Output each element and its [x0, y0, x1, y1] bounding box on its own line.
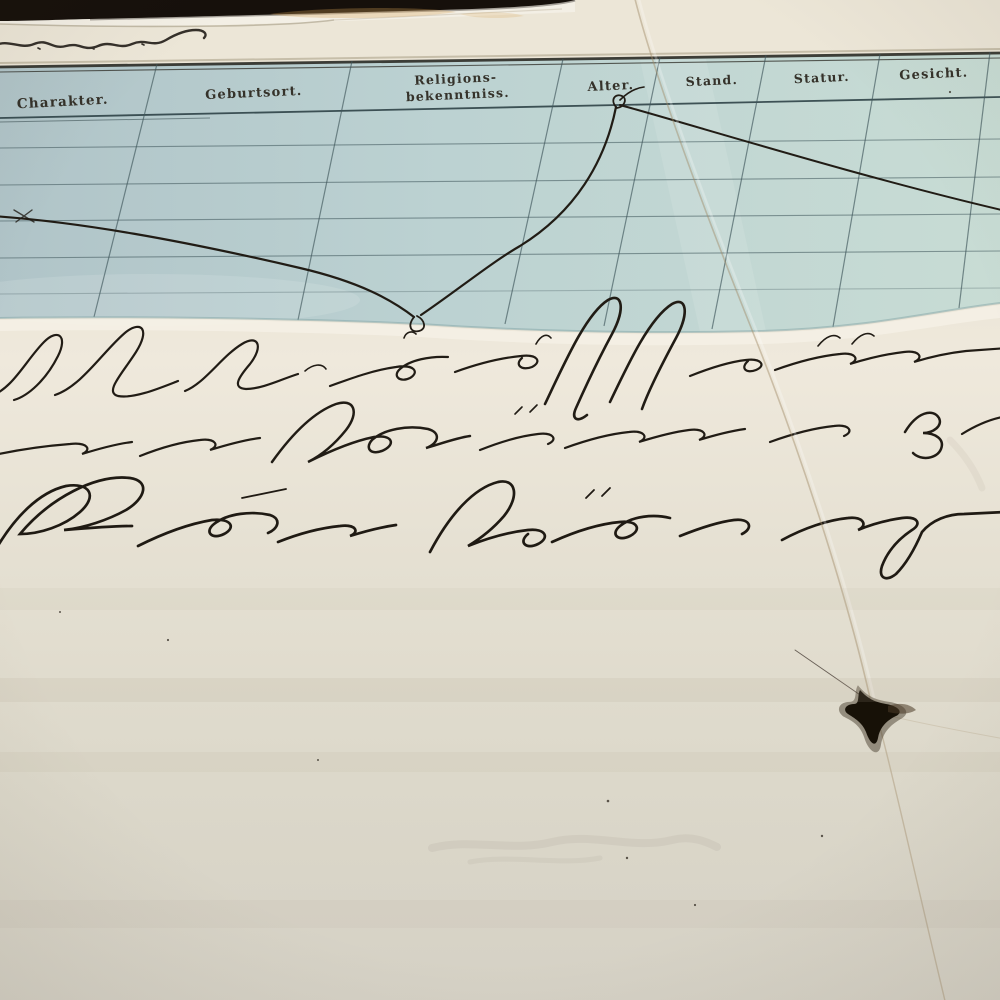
document-photo: Charakter. Geburtsort. Religions- bekenn… — [0, 0, 1000, 1000]
photo-canvas: Charakter. Geburtsort. Religions- bekenn… — [0, 0, 1000, 1000]
photo-vignette — [0, 0, 1000, 1000]
